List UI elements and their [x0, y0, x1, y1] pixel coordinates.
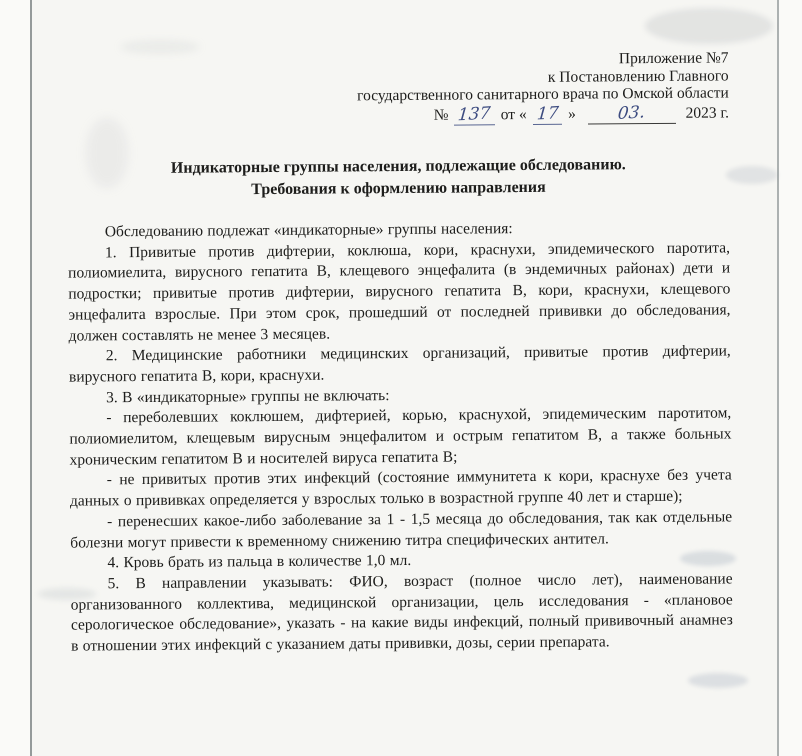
- paragraph: - переболевших коклюшем, дифтерией, корь…: [69, 404, 731, 471]
- paragraph: - не привитых против этих инфекций (сост…: [70, 466, 732, 513]
- document-number-line: № 137 от « 17 » 03. 2023 г.: [0, 104, 729, 129]
- page-content: Приложение №7 к Постановлению Главного г…: [0, 0, 802, 756]
- document-body: Обследованию подлежат «индикаторные» гру…: [68, 217, 733, 657]
- numero-sign: №: [434, 106, 449, 123]
- handwritten-day: 17: [532, 105, 562, 125]
- paragraph: 1. Привитые против дифтерии, коклюша, ко…: [68, 238, 731, 347]
- scanned-document-page: Приложение №7 к Постановлению Главного г…: [0, 0, 802, 756]
- handwritten-month: 03.: [618, 105, 646, 121]
- document-title-line-2: Требования к оформлению направления: [67, 175, 729, 202]
- handwritten-document-number: 137: [454, 106, 495, 126]
- quote-close: »: [568, 105, 576, 122]
- appendix-header: Приложение №7 к Постановлению Главного г…: [0, 0, 800, 129]
- from-label: от «: [501, 105, 527, 122]
- year-label: 2023 г.: [685, 104, 728, 121]
- paragraph: 5. В направлении указывать: ФИО, возраст…: [71, 569, 734, 657]
- paragraph: 2. Медицинские работники медицинских орг…: [69, 342, 731, 389]
- date-blank-line: 03.: [588, 104, 676, 124]
- paragraph: - перенесших какое-либо заболевание за 1…: [70, 507, 732, 554]
- document-title: Индикаторные группы населения, подлежащи…: [67, 153, 729, 201]
